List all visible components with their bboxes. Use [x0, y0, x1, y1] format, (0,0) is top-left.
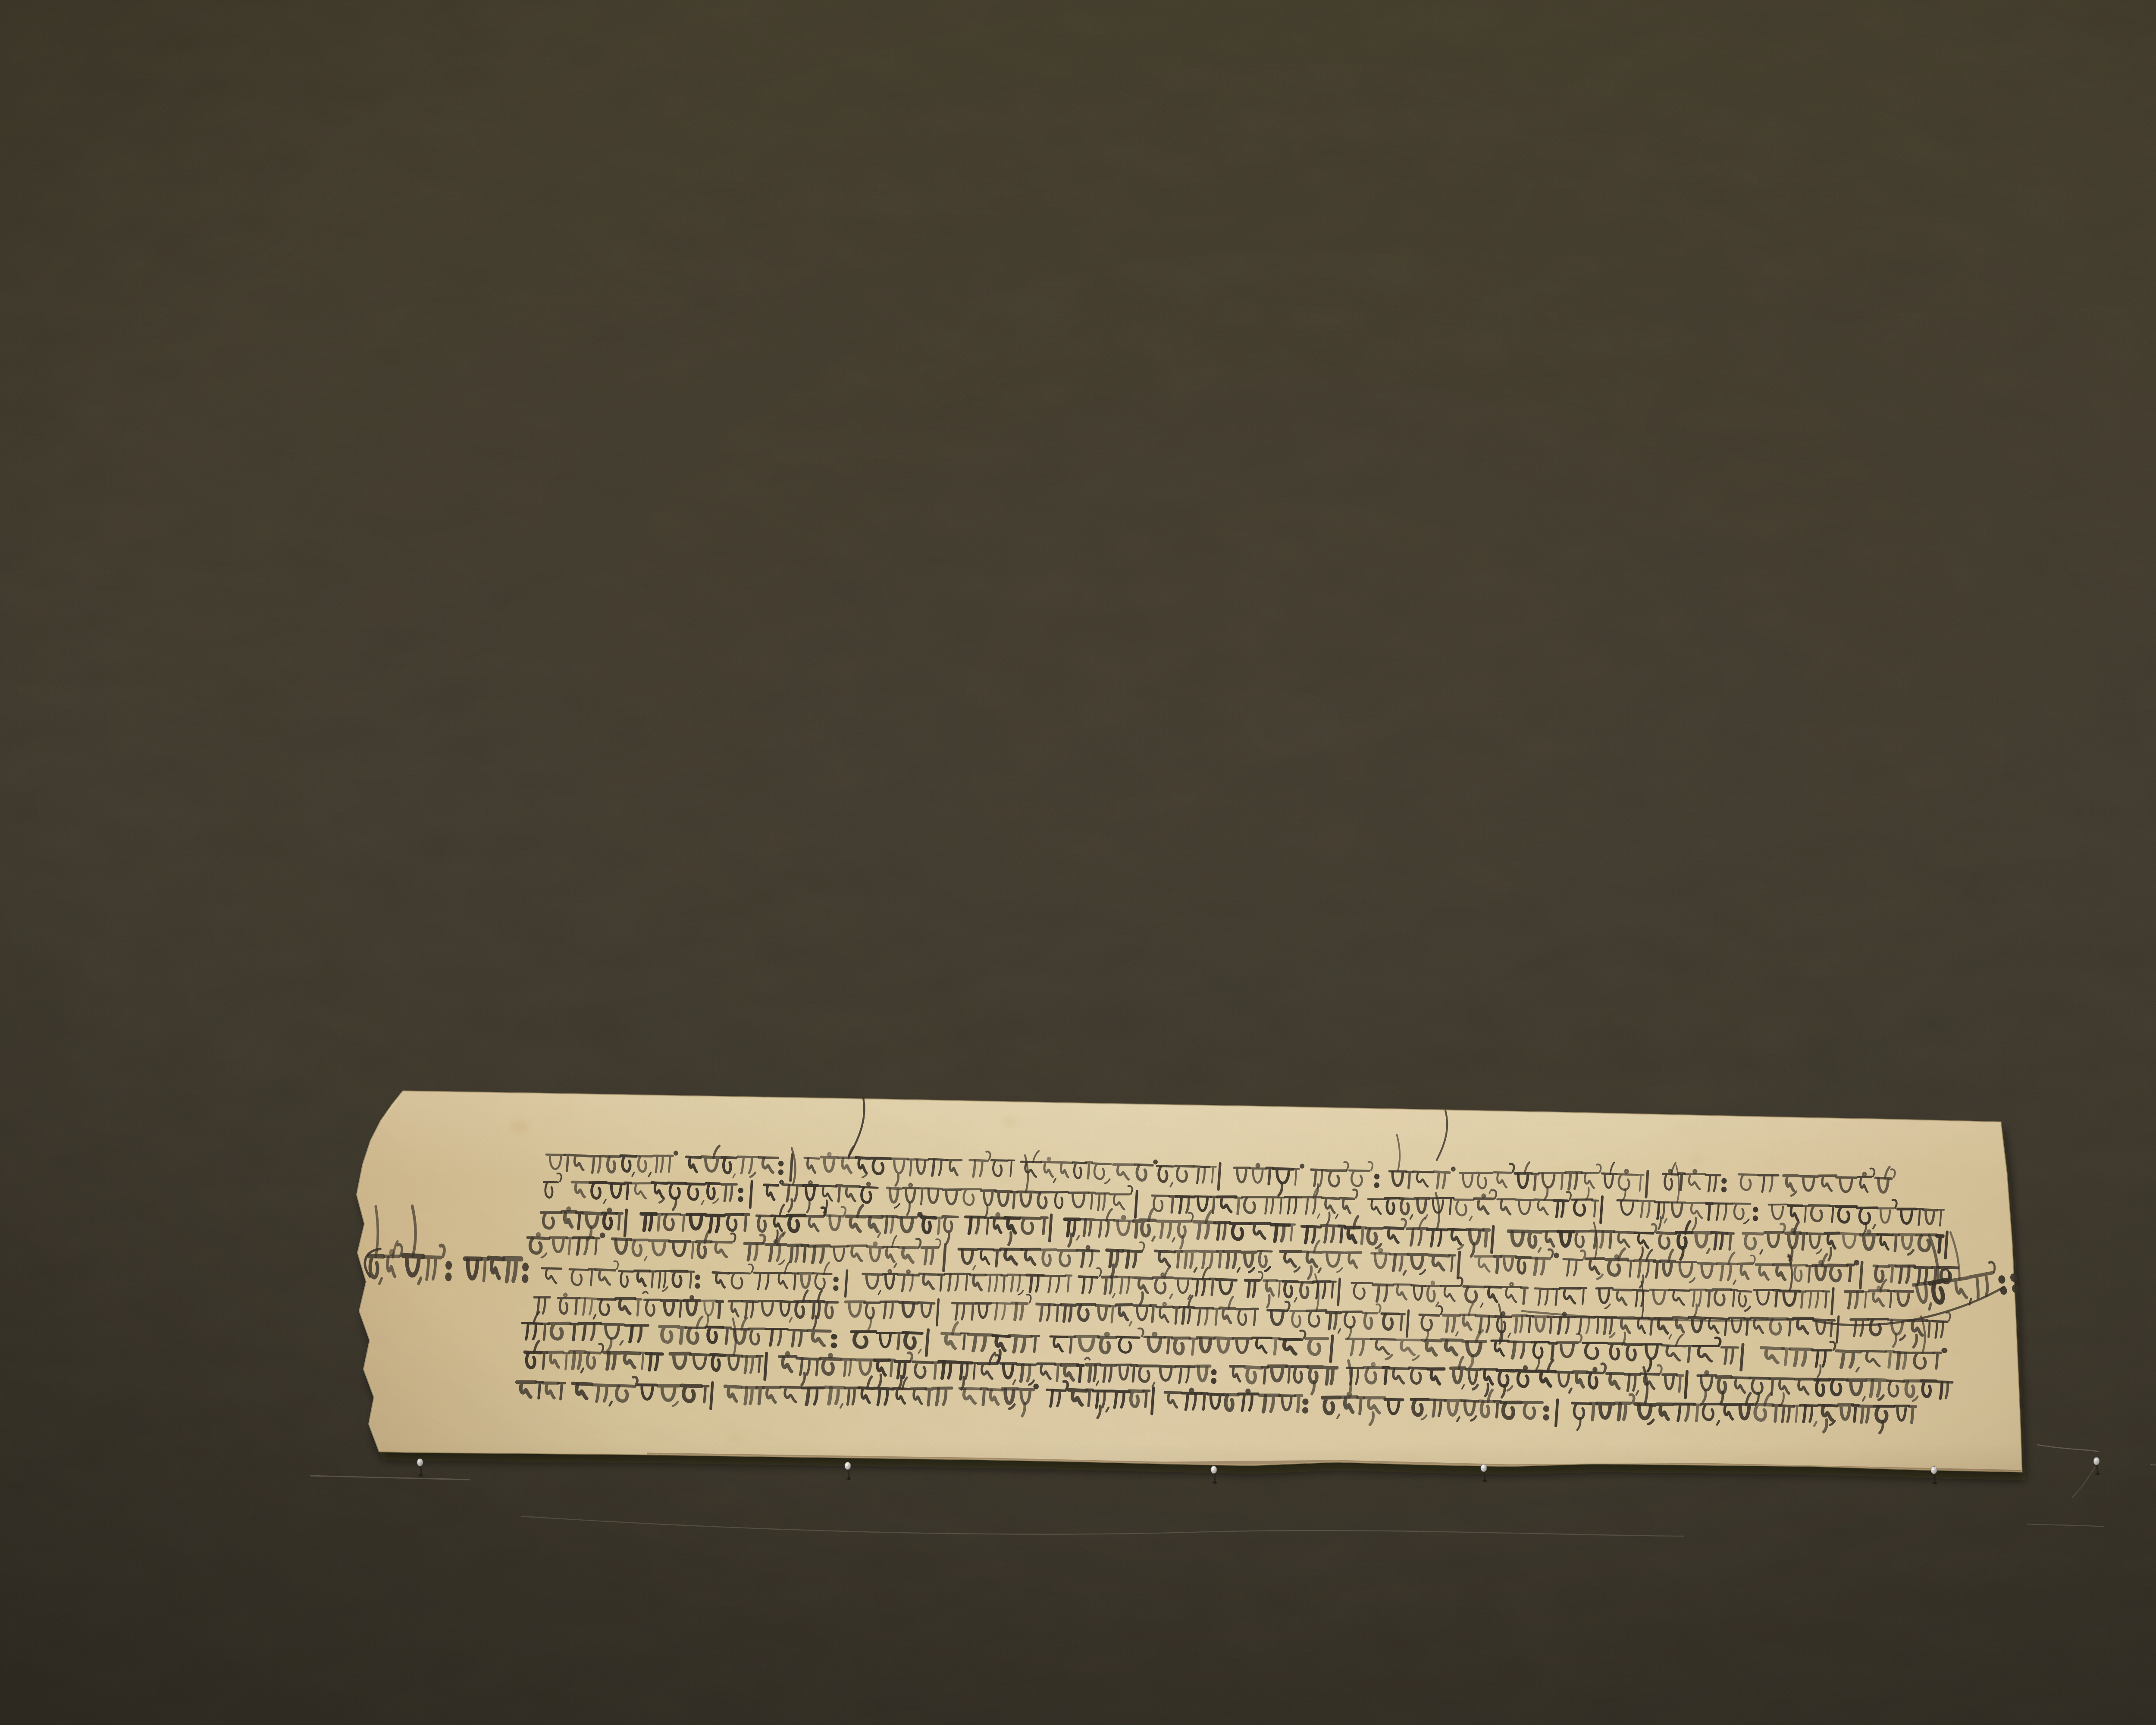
photo-vignette	[0, 0, 2156, 1725]
photo-canvas	[0, 0, 2156, 1725]
photograph-scene: শ্রীশ্রীঃ ভারতঃ পেণ্ডকর্ব্যাং ণমস্তুতঃ। …	[0, 0, 2156, 1725]
